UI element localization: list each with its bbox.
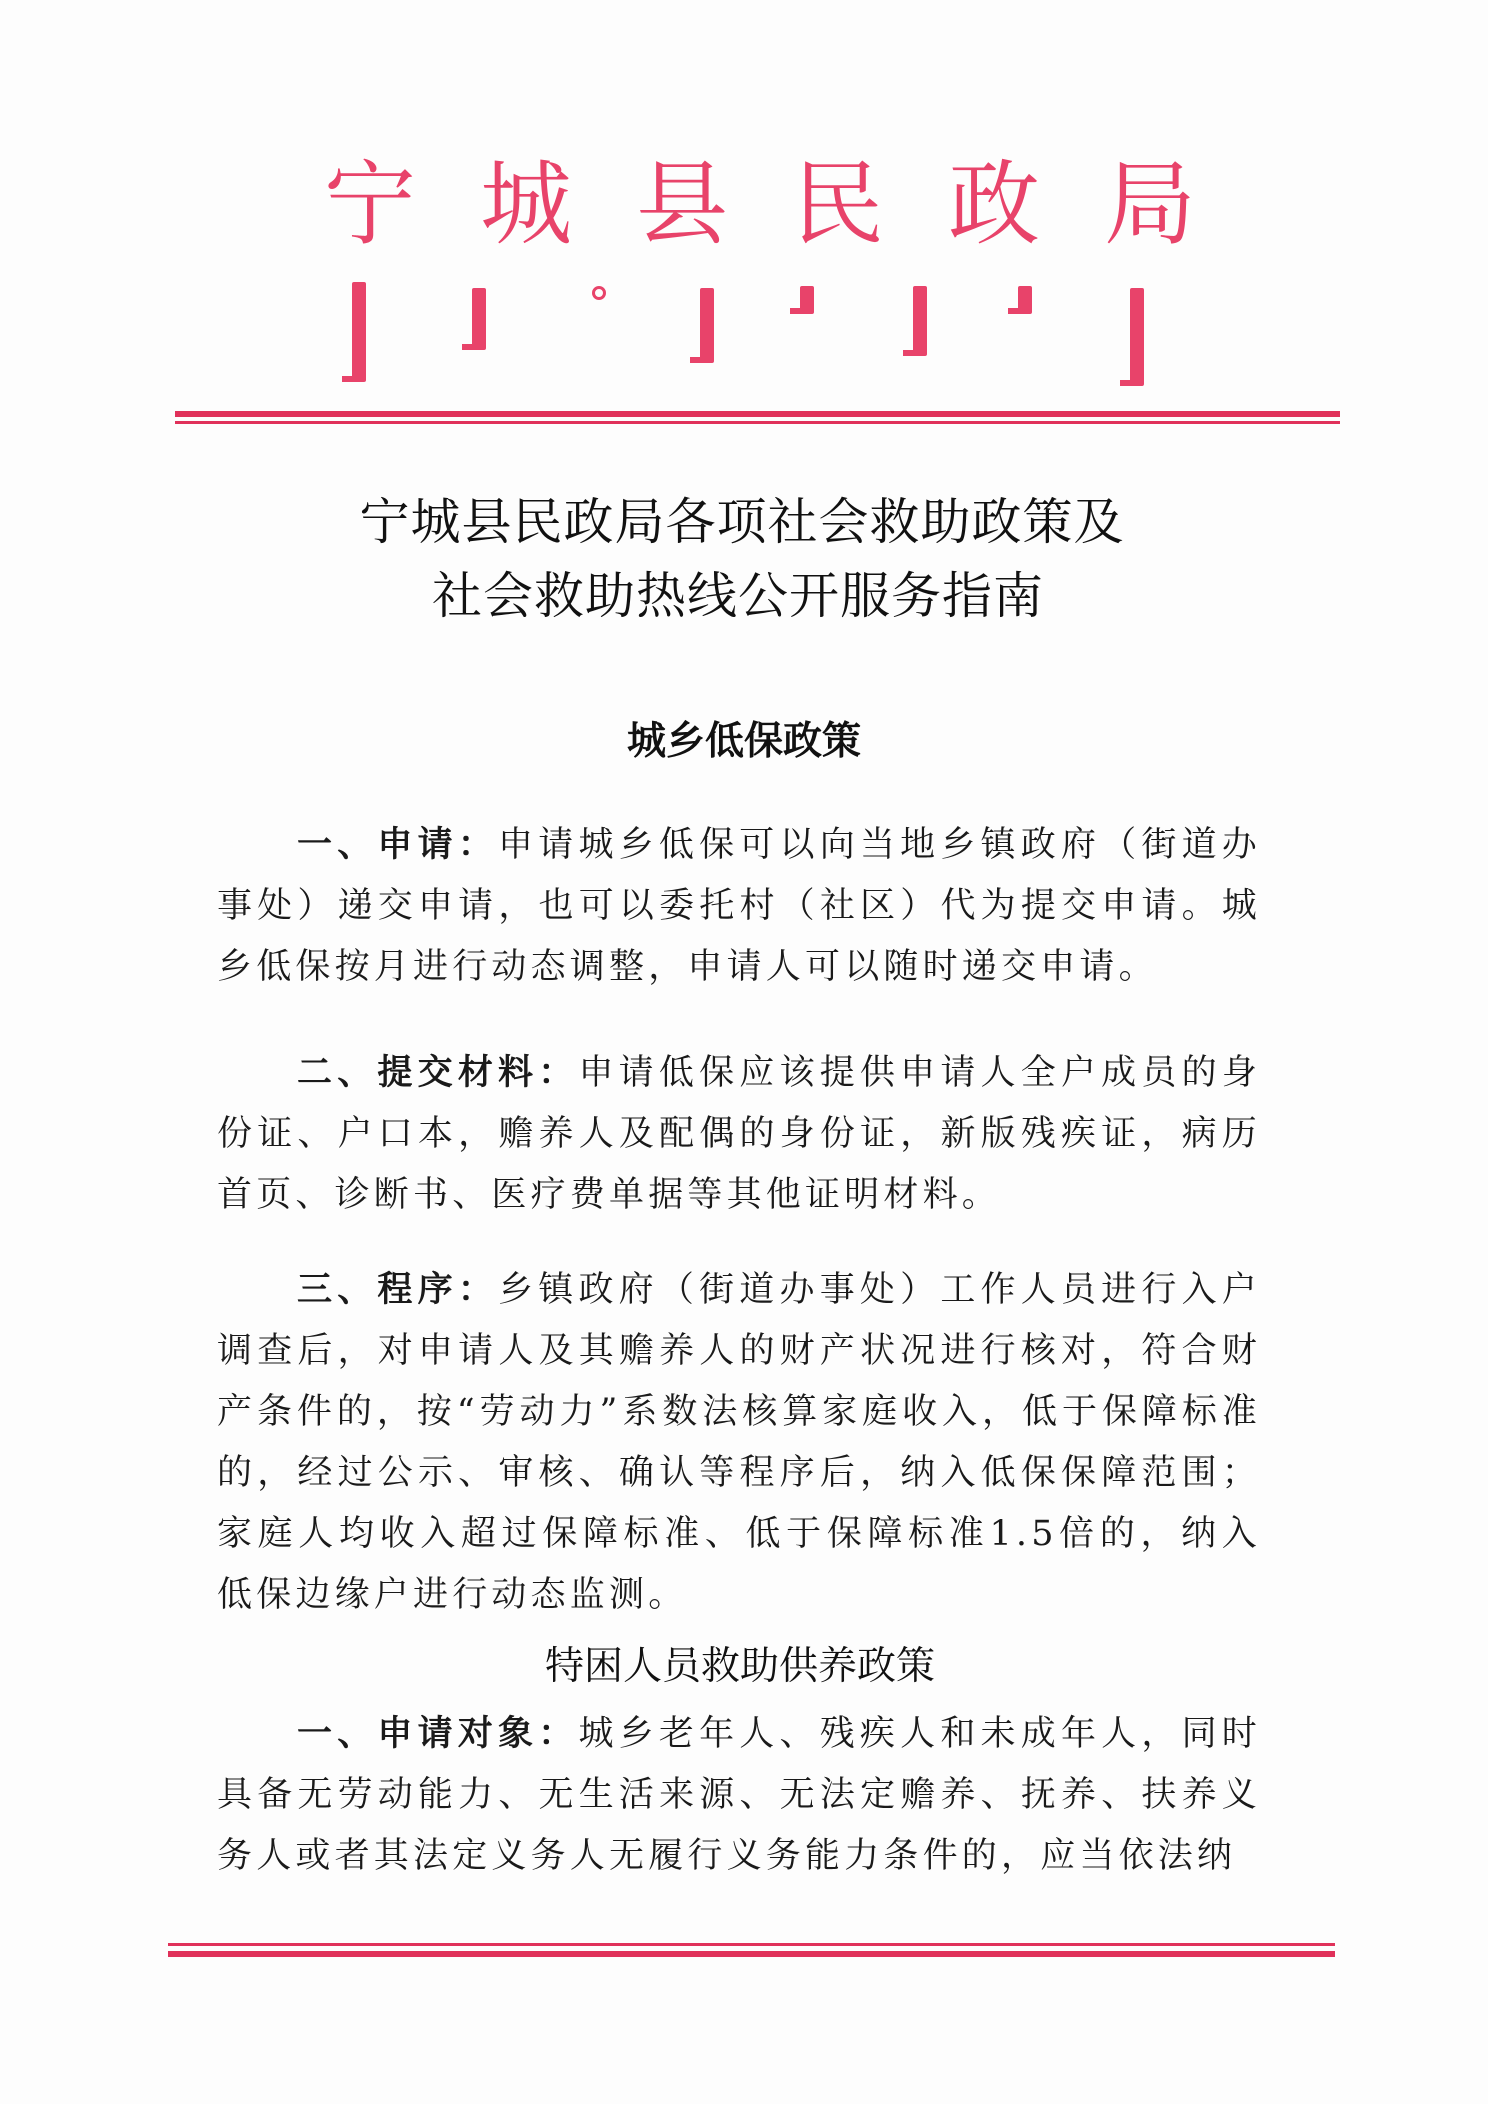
mongolian-word-icon — [1018, 286, 1032, 314]
paragraph-materials: 二、提交材料：申请低保应该提供申请人全户成员的身份证、户口本，赡养人及配偶的身份… — [217, 1043, 1261, 1226]
mongolian-word-icon — [1130, 288, 1144, 386]
mongolian-word-icon — [700, 288, 714, 363]
mongolian-word-icon — [592, 286, 606, 300]
letterhead-char: 城 — [476, 159, 576, 251]
paragraph-eligible-persons: 一、申请对象：城乡老年人、残疾人和未成年人，同时具备无劳动能力、无生活来源、无法… — [217, 1704, 1261, 1887]
letterhead-char: 县 — [632, 159, 732, 251]
mongolian-word-icon — [800, 286, 814, 314]
mongolian-word-icon — [472, 288, 486, 350]
mongolian-word-icon — [352, 282, 366, 382]
document-title-line2: 社会救助热线公开服务指南 — [0, 571, 1482, 621]
section-heading-dibao: 城乡低保政策 — [0, 722, 1488, 761]
section-heading-tekun: 特困人员救助供养政策 — [0, 1647, 1484, 1686]
letterhead-char: 民 — [788, 159, 888, 251]
mongolian-word-icon — [913, 286, 927, 356]
letterhead-char: 政 — [944, 159, 1044, 251]
paragraph-lead: 三、程序： — [297, 1270, 498, 1310]
document-title-line1: 宁城县民政局各项社会救助政策及 — [0, 497, 1486, 547]
paragraph-application: 一、申请：申请城乡低保可以向当地乡镇政府（街道办事处）递交申请，也可以委托村（社… — [217, 815, 1261, 998]
document-page: 宁 城 县 民 政 局 宁城县民政局各项社会救助政策及 社会救助热线公开服务指南… — [0, 0, 1488, 2104]
footer-rule-thick — [168, 1951, 1335, 1957]
letterhead-rule-thick — [175, 411, 1340, 417]
paragraph-procedure: 三、程序：乡镇政府（街道办事处）工作人员进行入户调查后，对申请人及其赡养人的财产… — [217, 1260, 1261, 1626]
footer-rule-thin — [168, 1943, 1335, 1946]
paragraph-lead: 二、提交材料： — [297, 1053, 578, 1093]
paragraph-lead: 一、申请： — [297, 825, 498, 865]
letterhead-char: 宁 — [320, 159, 420, 251]
letterhead-char: 局 — [1100, 159, 1200, 251]
letterhead-org-name: 宁 城 县 民 政 局 — [320, 150, 1200, 260]
paragraph-text: 乡镇政府（街道办事处）工作人员进行入户调查后，对申请人及其赡养人的财产状况进行核… — [217, 1270, 1261, 1615]
letterhead-rule-thin — [175, 421, 1340, 424]
paragraph-lead: 一、申请对象： — [297, 1714, 578, 1754]
letterhead-mongolian-script — [330, 282, 1150, 392]
